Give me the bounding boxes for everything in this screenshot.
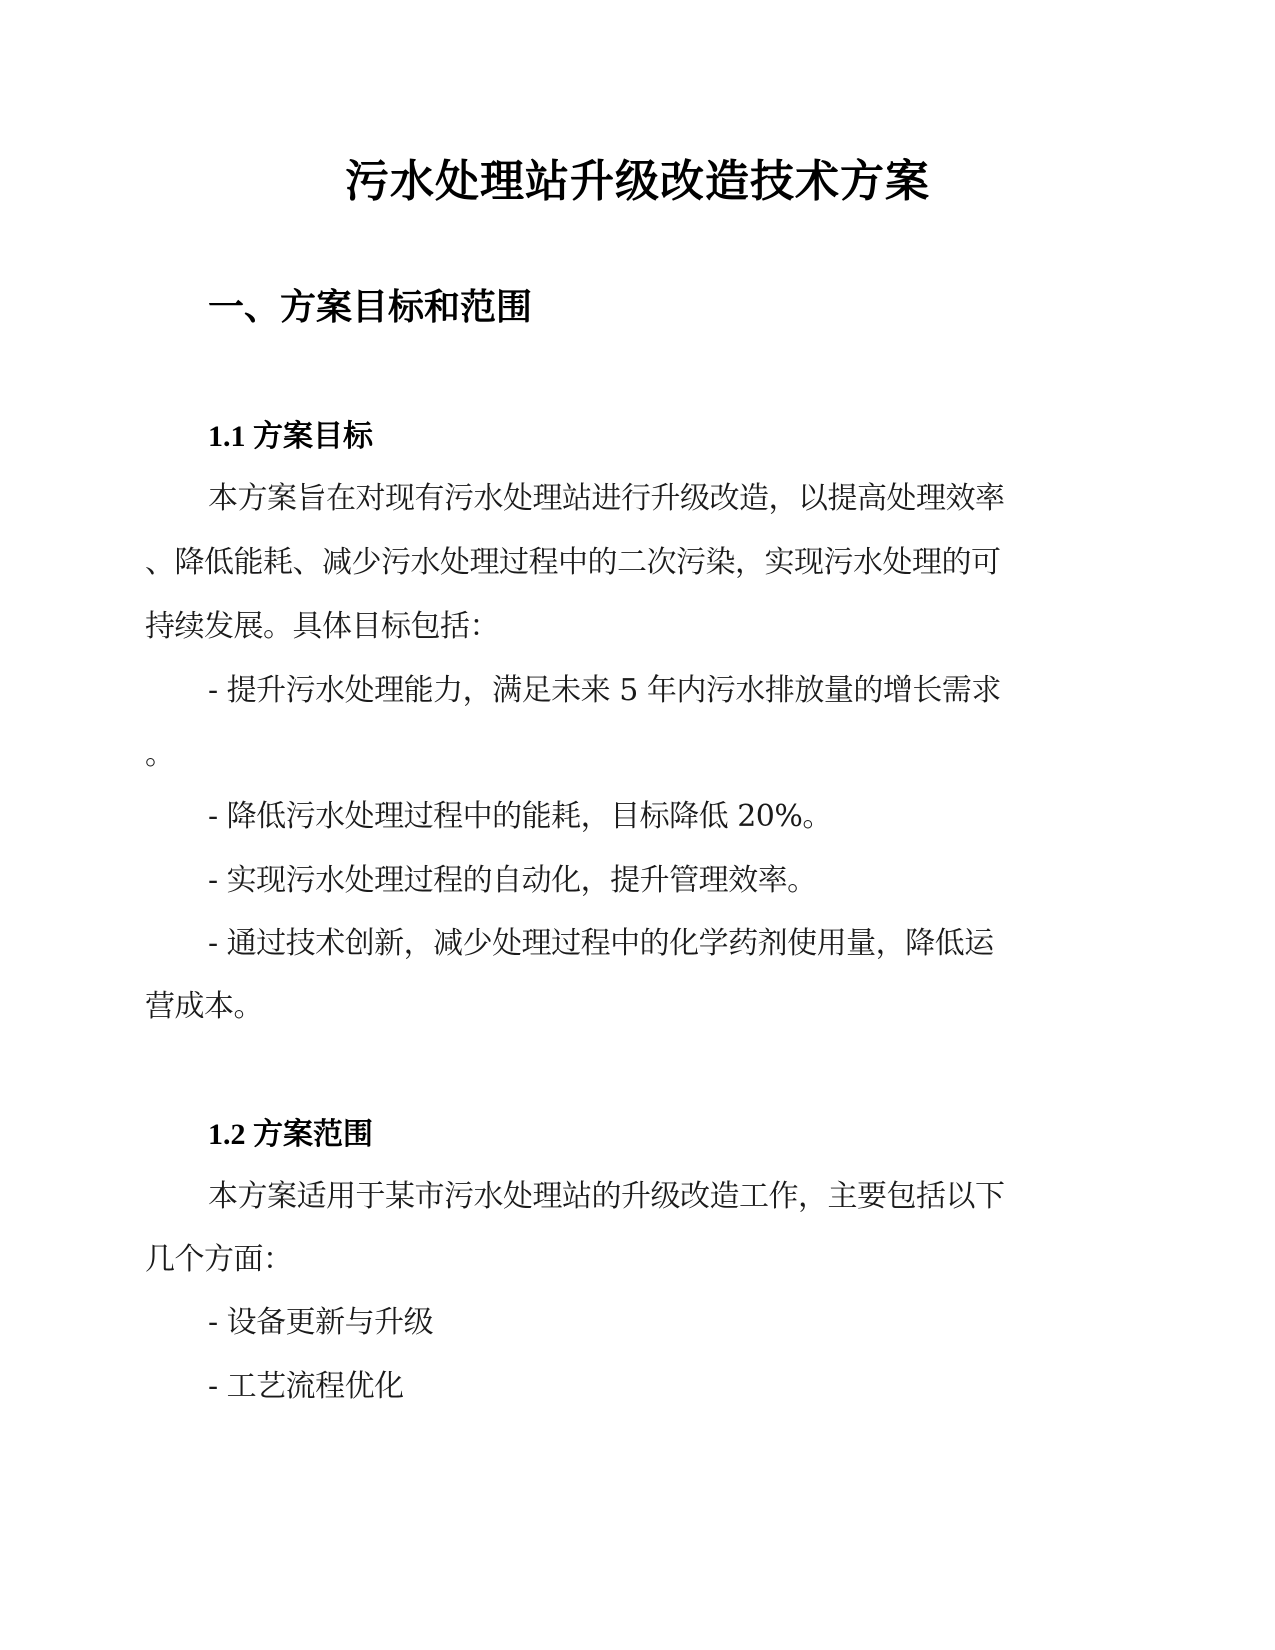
list-item: - 设备更新与升级 xyxy=(208,1308,433,1338)
list-item: - 工艺流程优化 xyxy=(208,1372,404,1402)
list-item: - 通过技术创新，减少处理过程中的化学药剂使用量，降低运 xyxy=(208,929,994,959)
paragraph-line: 持续发展。具体目标包括： xyxy=(145,612,499,642)
list-item: - 提升污水处理能力，满足未来 5 年内污水排放量的增长需求 xyxy=(208,676,1001,706)
subsection-heading-1-2: 1.2 方案范围 xyxy=(208,1120,373,1150)
document-title: 污水处理站升级改造技术方案 xyxy=(0,160,1275,204)
document-page: 污水处理站升级改造技术方案 一、方案目标和范围 1.1 方案目标 本方案旨在对现… xyxy=(0,0,1275,1650)
list-item-continuation: 营成本。 xyxy=(145,992,263,1022)
paragraph-line: 几个方面： xyxy=(145,1245,293,1275)
paragraph-line: 、降低能耗、减少污水处理过程中的二次污染，实现污水处理的可 xyxy=(145,548,1001,578)
list-item: - 实现污水处理过程的自动化，提升管理效率。 xyxy=(208,866,817,896)
section-heading-1: 一、方案目标和范围 xyxy=(208,290,532,326)
subsection-heading-1-1: 1.1 方案目标 xyxy=(208,422,373,452)
list-item-continuation: 。 xyxy=(145,740,175,770)
list-item: - 降低污水处理过程中的能耗，目标降低 20%。 xyxy=(208,802,832,832)
paragraph-line: 本方案旨在对现有污水处理站进行升级改造，以提高处理效率 xyxy=(208,484,1005,514)
paragraph-line: 本方案适用于某市污水处理站的升级改造工作，主要包括以下 xyxy=(208,1182,1005,1212)
